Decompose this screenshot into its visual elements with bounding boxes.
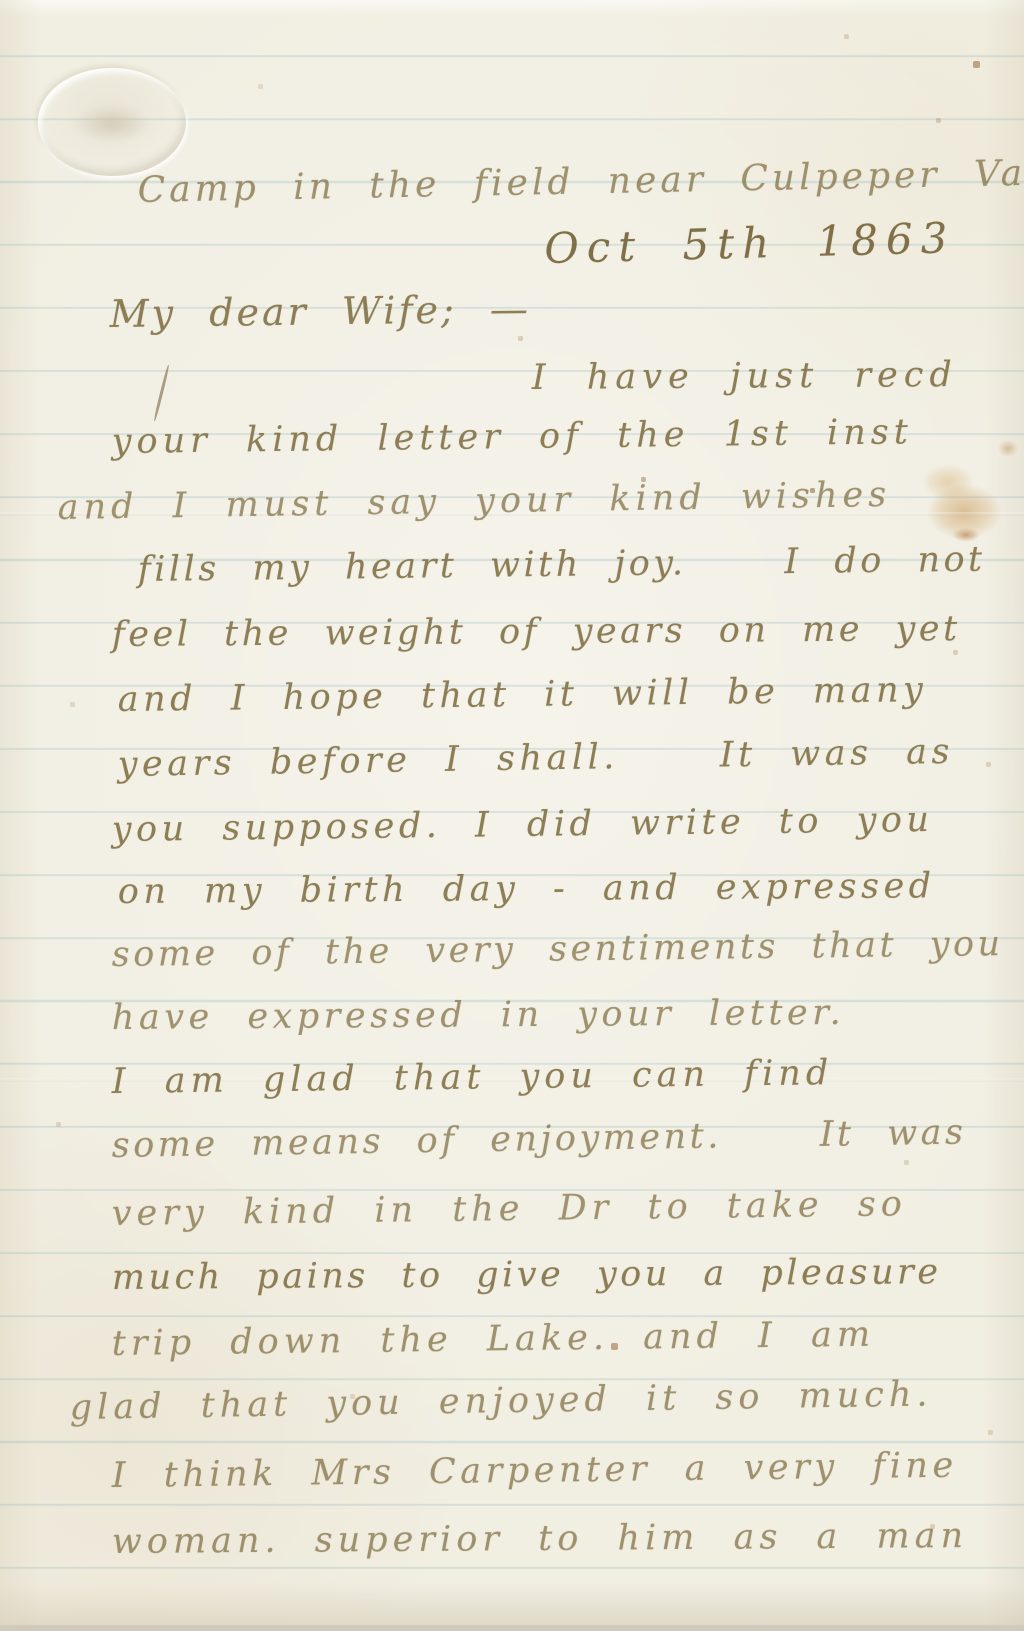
letter-line: I have just recd [532,355,958,398]
letter-line: and I hope that it will be many [118,670,928,720]
seal-motif [66,102,158,146]
letter-line: years before I shall. It was as [117,732,954,785]
embossed-seal-icon [38,68,186,176]
heading-date: Oct 5th 1863 [544,213,956,273]
page-bottom-edge [0,1625,1024,1631]
heading-location: Camp in the field near Culpeper Va [137,153,1024,211]
foxing-speckles [0,0,1,1]
letter-line: very kind in the Dr to take so [112,1184,908,1234]
letter-line: you supposed. I did write to you [112,800,934,850]
letter-line: and I must say your kind wishes [57,475,891,528]
letter-line: I think Mrs Carpenter a very fine [112,1446,958,1496]
letter-line: woman. superior to him as a man [112,1516,968,1562]
letter-line: on my birth day - and expressed [118,866,936,912]
letter-line: fills my heart with joy. I do not [138,540,986,590]
letter-line: your kind letter of the 1st inst [112,412,914,462]
letter-page: Camp in the field near Culpeper Va Oct 5… [0,0,1024,1631]
letter-line: some of the very sentiments that you [112,924,1004,975]
paper-stain [998,440,1018,457]
stray-pen-stroke [153,364,170,421]
letter-line: have expressed in your letter. [112,993,846,1038]
letter-line: I am glad that you can find [112,1053,834,1102]
salutation: My dear Wife; — [109,287,531,336]
letter-line: some means of enjoyment. It was [111,1113,966,1166]
letter-line: glad that you enjoyed it so much. [69,1374,932,1428]
letter-line: feel the weight of years on me yet [112,609,961,655]
letter-line: much pains to give you a pleasure [112,1252,942,1298]
letter-line: trip down the Lake. and I am [112,1315,876,1364]
